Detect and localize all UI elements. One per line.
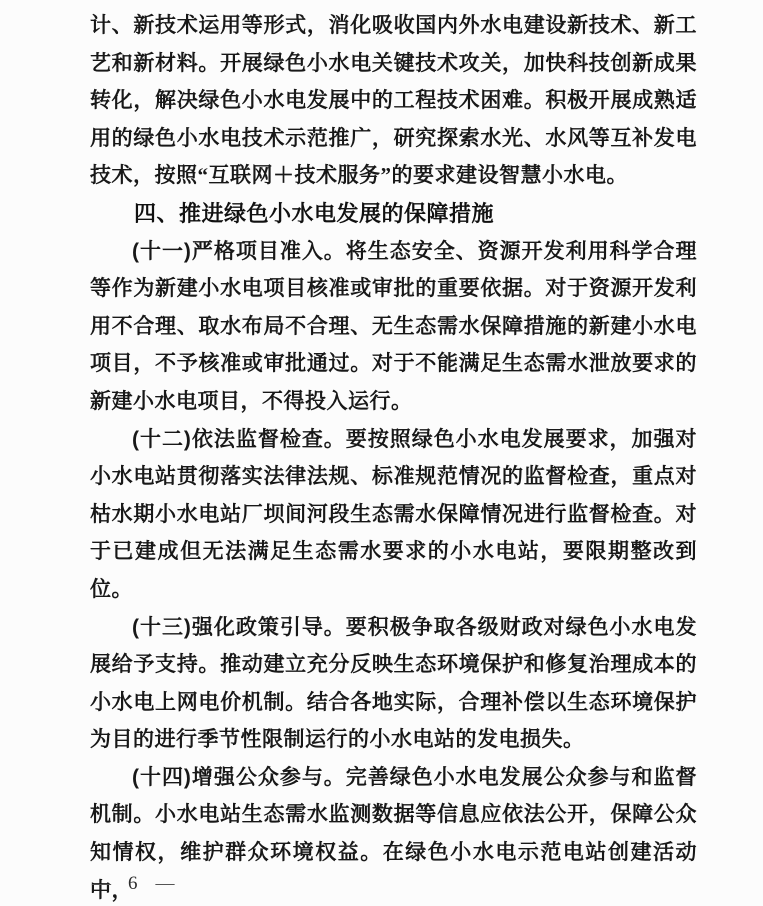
body-paragraph: (十一)严格项目准入。将生态安全、资源开发利用科学合理等作为新建小水电项目核准或…: [90, 233, 697, 421]
paragraph-text: 计、新技术运用等形式，消化吸收国内外水电建设新技术、新工艺和新材料。开展绿色小水…: [90, 13, 697, 187]
footer-left-dash: —: [92, 873, 110, 895]
page-footer: — 6 —: [92, 873, 174, 895]
footer-right-dash: —: [156, 873, 174, 895]
document-page: 计、新技术运用等形式，消化吸收国内外水电建设新技术、新工艺和新材料。开展绿色小水…: [0, 0, 763, 906]
paragraph-lead: (十一)严格项目准入。: [132, 240, 346, 263]
section-heading: 四、推进绿色小水电发展的保障措施: [90, 195, 697, 233]
paragraph-lead: (十三)强化政策引导。: [132, 616, 346, 639]
paragraph-lead: (十二)依法监督检查。: [132, 428, 346, 451]
paragraph-text: 要按照绿色小水电发展要求，加强对小水电站贯彻落实法律法规、标准规范情况的监督检查…: [90, 427, 697, 601]
body-paragraph: (十二)依法监督检查。要按照绿色小水电发展要求，加强对小水电站贯彻落实法律法规、…: [90, 421, 697, 609]
paragraph-text: 将生态安全、资源开发利用科学合理等作为新建小水电项目核准或审批的重要依据。对于资…: [90, 239, 697, 413]
document-body: 计、新技术运用等形式，消化吸收国内外水电建设新技术、新工艺和新材料。开展绿色小水…: [90, 7, 697, 906]
body-paragraph: 计、新技术运用等形式，消化吸收国内外水电建设新技术、新工艺和新材料。开展绿色小水…: [90, 7, 697, 195]
body-paragraph: (十三)强化政策引导。要积极争取各级财政对绿色小水电发展给予支持。推动建立充分反…: [90, 609, 697, 759]
paragraph-lead: (十四)增强公众参与。: [132, 766, 346, 789]
body-paragraph: (十四)增强公众参与。完善绿色小水电发展公众参与和监督机制。小水电站生态需水监测…: [90, 759, 697, 906]
page-number: 6: [128, 873, 138, 895]
